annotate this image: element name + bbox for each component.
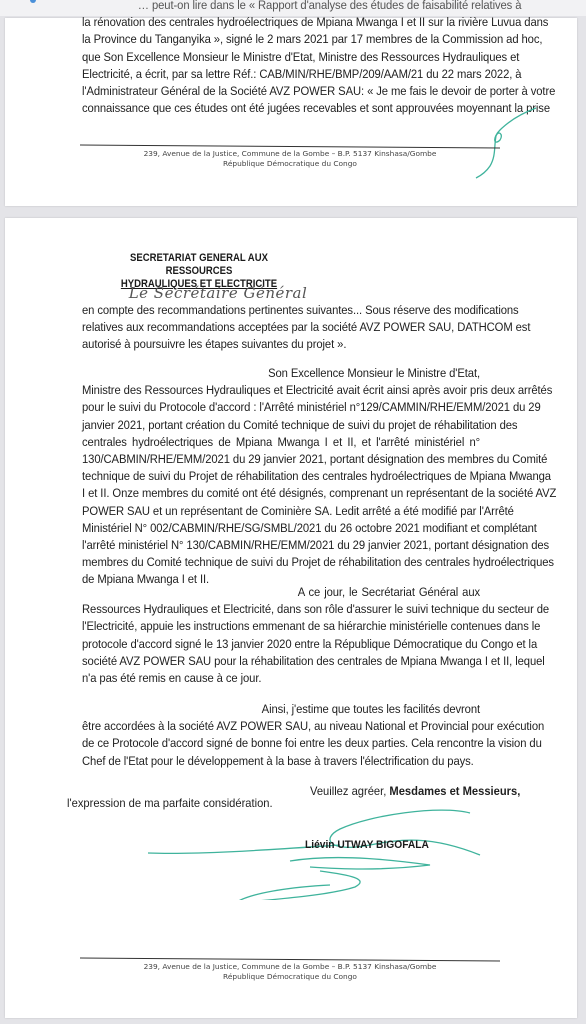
page1-partial-line: … peut-on lire dans le « Rapport d'analy… [82,0,480,14]
paragraph-2: Son Excellence Monsieur le Ministre d'Et… [82,365,480,589]
text-line: n'a pas été remis en cause à ce jour. [82,670,480,687]
text-line: janvier 2021, portant création du Comité… [82,417,480,434]
signatory-name: Liévin UTWAY BIGOFALA [305,839,429,851]
text-line: protocole d'accord signé le 13 janvier 2… [82,636,480,653]
footer-address: 239, Avenue de la Justice, Commune de la… [80,149,500,159]
text-line: autorisé à poursuivre les étapes suivant… [82,336,480,353]
text-line: I et II. Onze membres du comité ont été … [82,485,480,502]
text-line: technique de suivi du Projet de réhabili… [82,468,480,485]
page1-body: … peut-on lire dans le « Rapport d'analy… [82,0,480,117]
closing-line-2: l'expression de ma parfaite considératio… [67,796,273,810]
text-line: en compte des recommandations pertinente… [82,302,480,319]
text-line: Ainsi, j'estime que toutes les facilités… [82,701,480,718]
text-line: Chef de l'Etat pour le développement à l… [82,753,480,770]
text-line: la Province du Tanganyika », signé le 2 … [82,31,480,48]
text-line: que Son Excellence Monsieur le Ministre … [82,49,480,66]
text-line: membres du Comité technique de suivi du … [82,554,480,571]
text-line: Ministériel N° 002/CABMIN/RHE/SG/SMBL/20… [82,520,480,537]
closing-addressee: Mesdames et Messieurs, [389,784,520,798]
text-line: l'arrêté ministériel N° 130/CABMIN/RHE/E… [82,537,480,554]
text-line: A ce jour, le Secrétariat Général aux [82,584,480,601]
text-line: POWER SAU et un représentant de Cominièr… [82,503,480,520]
closing-salutation: Veuillez agréer, Mesdames et Messieurs, [310,784,520,798]
text-line: connaissance que ces études ont été jugé… [82,100,480,117]
footer-country: République Démocratique du Congo [80,159,500,169]
closing-lead: Veuillez agréer, [310,784,389,798]
text-line: relatives aux recommandations acceptées … [82,319,480,336]
text-line: Electricité, a écrit, par sa lettre Réf.… [82,66,480,83]
text-line: société AVZ POWER SAU pour la réhabilita… [82,653,480,670]
footer-address: 239, Avenue de la Justice, Commune de la… [80,962,500,972]
text-line: de ce Protocole d'accord signé de bonne … [82,735,480,752]
letterhead-line-1: SECRETARIAT GENERAL AUX RESSOURCES [100,252,298,278]
text-line: centrales hydroélectriques de Mpiana Mwa… [82,434,480,451]
text-line: Ressources Hydrauliques et Electricité, … [82,601,480,618]
text-line: l'Electricité, appuie les instructions e… [82,618,480,635]
paragraph-1: en compte des recommandations pertinente… [82,302,480,354]
text-line: 130/CABMIN/RHE/EMM/2021 du 29 janvier 20… [82,451,480,468]
text-line: l'Administrateur Général de la Société A… [82,83,480,100]
text-line: pour le suivi du Protocole d'accord : l'… [82,399,480,416]
text-line: être accordées à la société AVZ POWER SA… [82,718,480,735]
page2-footer: 239, Avenue de la Justice, Commune de la… [80,962,500,981]
text-line: Ministre des Ressources Hydrauliques et … [82,382,480,399]
paragraph-4: Ainsi, j'estime que toutes les facilités… [82,701,480,770]
status-indicator-icon [30,0,36,3]
text-line: Son Excellence Monsieur le Ministre d'Et… [82,365,480,382]
text-line: la rénovation des centrales hydroélectri… [82,14,480,31]
footer-country: République Démocratique du Congo [80,972,500,982]
page1-footer: 239, Avenue de la Justice, Commune de la… [80,149,500,168]
secretary-general-stamp: Le Secrétaire Général [128,284,308,302]
paragraph-3: A ce jour, le Secrétariat Général aux Re… [82,584,480,687]
